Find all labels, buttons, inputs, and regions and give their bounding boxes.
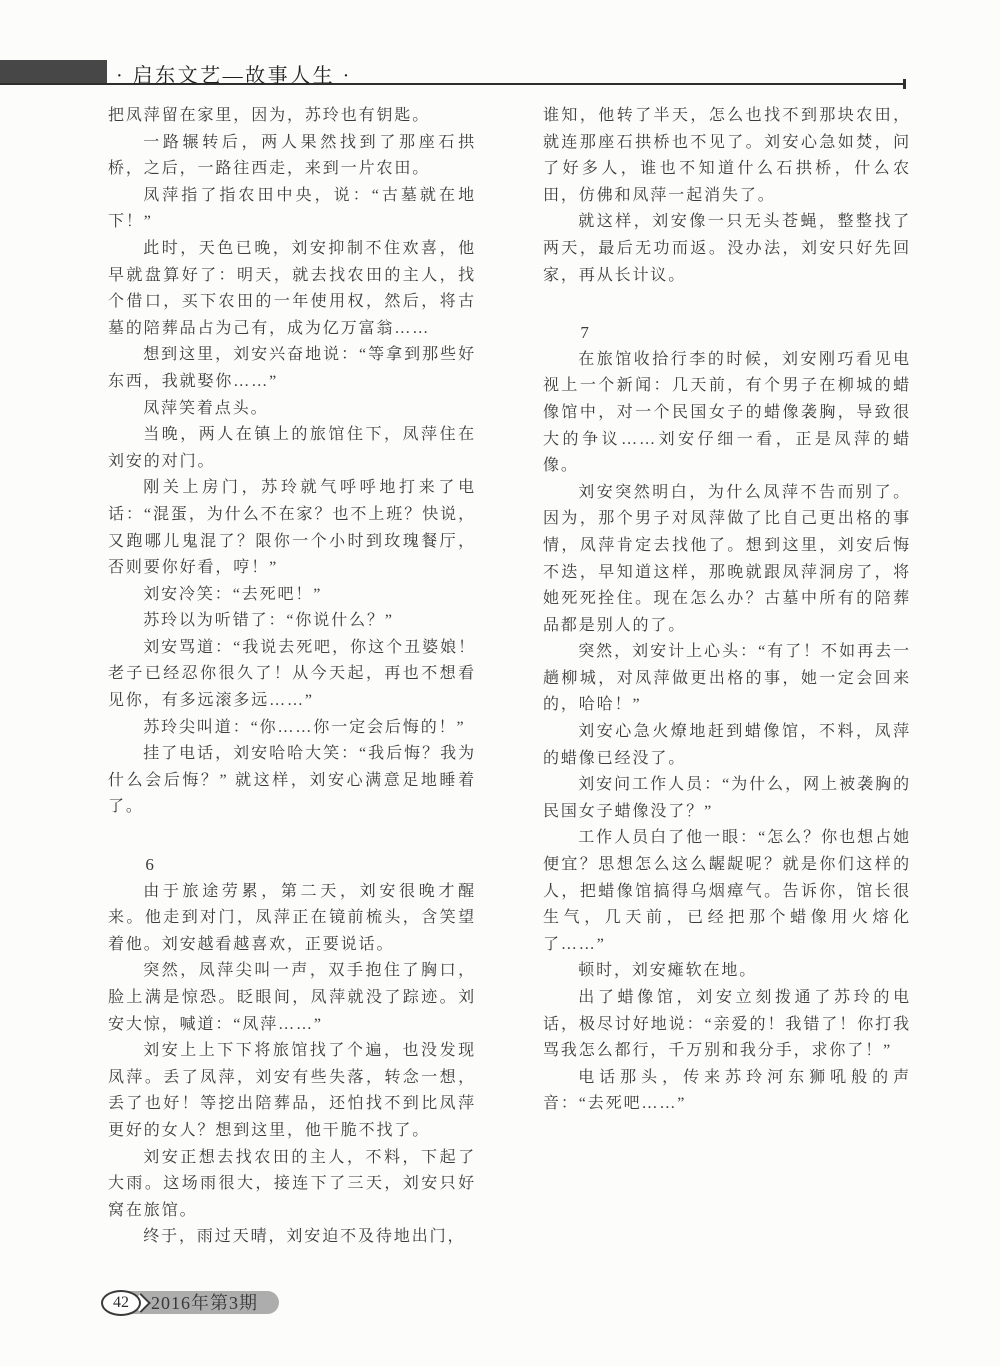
- story-paragraph: 工作人员白了他一眼：“怎么？你也想占她便宜？思想怎么这么龌龊呢？就是你们这样的人…: [543, 825, 911, 958]
- story-column-right: 谁知，他转了半天，怎么也找不到那块农田，就连那座石拱桥也不见了。刘安心急如焚，问…: [543, 103, 911, 1118]
- story-paragraph: 凤萍笑着点头。: [108, 396, 476, 423]
- section-heading: 6: [108, 852, 476, 879]
- story-paragraph: 刘安突然明白，为什么凤萍不告而别了。因为，那个男子对凤萍做了比自己更出格的事情，…: [543, 480, 911, 640]
- story-paragraph: 谁知，他转了半天，怎么也找不到那块农田，就连那座石拱桥也不见了。刘安心急如焚，问…: [543, 103, 911, 209]
- story-paragraph: 在旅馆收拾行李的时候，刘安刚巧看见电视上一个新闻：几天前，有个男子在柳城的蜡像馆…: [543, 347, 911, 480]
- footer-issue-label: 2016年第3期: [151, 1291, 258, 1314]
- story-paragraph: 想到这里，刘安兴奋地说：“等拿到那些好东西，我就娶你……”: [108, 342, 476, 395]
- footer-badge: 2016年第3期 42: [101, 1290, 281, 1316]
- story-paragraph: 终于，雨过天晴，刘安迫不及待地出门，: [108, 1224, 476, 1251]
- story-paragraph: 苏玲尖叫道：“你……你一定会后悔的！”: [108, 715, 476, 742]
- story-paragraph: 苏玲以为听错了：“你说什么？”: [108, 608, 476, 635]
- story-paragraph: 当晚，两人在镇上的旅馆住下，凤萍住在刘安的对门。: [108, 422, 476, 475]
- story-column-left: 把凤萍留在家里，因为，苏玲也有钥匙。一路辗转后，两人果然找到了那座石拱桥，之后，…: [108, 103, 476, 1251]
- story-paragraph: 刘安骂道：“我说去死吧，你这个丑婆娘！老子已经忍你很久了！从今天起，再也不想看见…: [108, 635, 476, 715]
- story-paragraph: 把凤萍留在家里，因为，苏玲也有钥匙。: [108, 103, 476, 130]
- story-paragraph: 刚关上房门，苏玲就气呼呼地打来了电话：“混蛋，为什么不在家？也不上班？快说，又跑…: [108, 475, 476, 581]
- section-heading: 7: [543, 320, 911, 347]
- story-paragraph: 刘安冷笑：“去死吧！”: [108, 582, 476, 609]
- story-paragraph: 凤萍指了指农田中央，说：“古墓就在地下！”: [108, 183, 476, 236]
- story-paragraph: 刘安正想去找农田的主人，不料，下起了大雨。这场雨很大，接连下了三天，刘安只好窝在…: [108, 1145, 476, 1225]
- story-paragraph: 电话那头，传来苏玲河东狮吼般的声音：“去死吧……”: [543, 1065, 911, 1118]
- header-accent-block: [0, 60, 107, 83]
- story-paragraph: 一路辗转后，两人果然找到了那座石拱桥，之后，一路往西走，来到一片农田。: [108, 130, 476, 183]
- story-paragraph: 挂了电话，刘安哈哈大笑：“我后悔？我为什么会后悔？” 就这样，刘安心满意足地睡着…: [108, 741, 476, 821]
- story-paragraph: 出了蜡像馆，刘安立刻拨通了苏玲的电话，极尽讨好地说：“亲爱的！我错了！你打我骂我…: [543, 985, 911, 1065]
- story-paragraph: 刘安上上下下将旅馆找了个遍，也没发现凤萍。丢了凤萍，刘安有些失落，转念一想，丢了…: [108, 1038, 476, 1144]
- story-paragraph: 刘安心急火燎地赶到蜡像馆，不料，凤萍的蜡像已经没了。: [543, 719, 911, 772]
- header-rule: [0, 83, 906, 85]
- page-number-badge: 42: [101, 1290, 141, 1316]
- header-rule-tick: [903, 79, 906, 89]
- story-paragraph: 刘安问工作人员：“为什么，网上被袭胸的民国女子蜡像没了？”: [543, 772, 911, 825]
- story-paragraph: 由于旅途劳累，第二天，刘安很晚才醒来。他走到对门，凤萍正在镜前梳头，含笑望着他。…: [108, 879, 476, 959]
- magazine-page: · 启东文艺—故事人生 · 把凤萍留在家里，因为，苏玲也有钥匙。一路辗转后，两人…: [0, 0, 1000, 1366]
- story-paragraph: 此时，天色已晚，刘安抑制不住欢喜，他早就盘算好了：明天，就去找农田的主人，找个借…: [108, 236, 476, 342]
- story-paragraph: 顿时，刘安瘫软在地。: [543, 958, 911, 985]
- story-paragraph: 就这样，刘安像一只无头苍蝇，整整找了两天，最后无功而返。没办法，刘安只好先回家，…: [543, 209, 911, 289]
- story-paragraph: 突然，刘安计上心头：“有了！不如再去一趟柳城，对凤萍做更出格的事，她一定会回来的…: [543, 639, 911, 719]
- story-paragraph: 突然，凤萍尖叫一声，双手抱住了胸口，脸上满是惊恐。眨眼间，凤萍就没了踪迹。刘安大…: [108, 958, 476, 1038]
